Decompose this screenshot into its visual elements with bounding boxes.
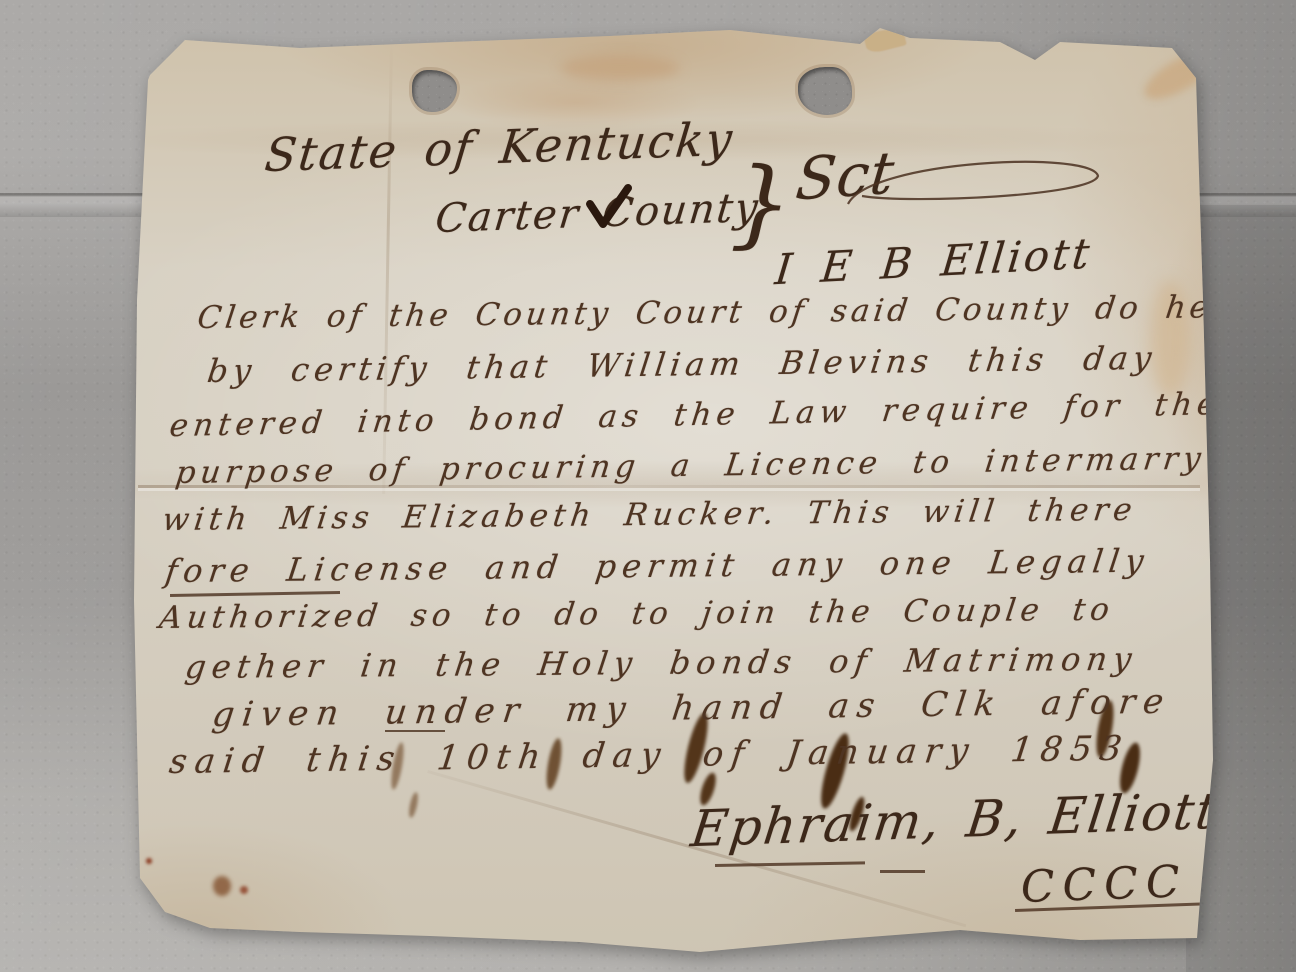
sct-flourish-stroke <box>840 148 1120 210</box>
paper-shadow-wrap: State of Kentucky Carter County } Sct I … <box>0 0 1296 972</box>
document-paper: State of Kentucky Carter County } Sct I … <box>128 28 1248 960</box>
underline-fore <box>170 591 340 597</box>
brown-dot <box>146 858 152 864</box>
tan-smudge <box>560 55 680 81</box>
punch-hole-right <box>798 67 852 115</box>
photo-of-document: State of Kentucky Carter County } Sct I … <box>0 0 1296 972</box>
handwritten-line: fore License and permit any one Legally <box>163 542 1152 590</box>
handwritten-line: purpose of procuring a Licence to interm… <box>173 441 1207 491</box>
handwritten-line: gether in the Holy bonds of Matrimony <box>183 640 1140 686</box>
signature: Ephraim, B, Elliott <box>688 782 1222 859</box>
brown-dot <box>240 886 248 894</box>
tan-smudge <box>1138 42 1222 108</box>
brown-spot <box>213 876 231 896</box>
handwritten-line: entered into bond as the Law require for… <box>168 386 1223 444</box>
heading-brace: } <box>729 146 794 260</box>
heading-state-line: State of Kentucky <box>262 112 736 183</box>
handwritten-line: Clerk of the County Court of said County… <box>195 289 1255 336</box>
handwritten-line: Authorized so to do to join the Couple t… <box>157 592 1116 636</box>
underline-signature-middle <box>880 870 925 873</box>
handwritten-line: by certify that William Blevins this day <box>205 339 1158 390</box>
handwritten-line: with Miss Elizabeth Rucker. This will th… <box>160 492 1139 538</box>
punch-hole-left <box>412 70 457 112</box>
underline-under <box>385 730 445 732</box>
handwritten-line: said this 10th day of January 1853 <box>167 729 1132 782</box>
torn-flap <box>863 25 907 54</box>
heading-clerk-intro: I E B Elliott <box>773 228 1095 294</box>
handwritten-line: given under my hand as Clk afore <box>210 682 1174 735</box>
underline-signature-first <box>715 861 865 867</box>
ink-checkmark <box>586 186 632 228</box>
ink-blot <box>407 792 419 819</box>
